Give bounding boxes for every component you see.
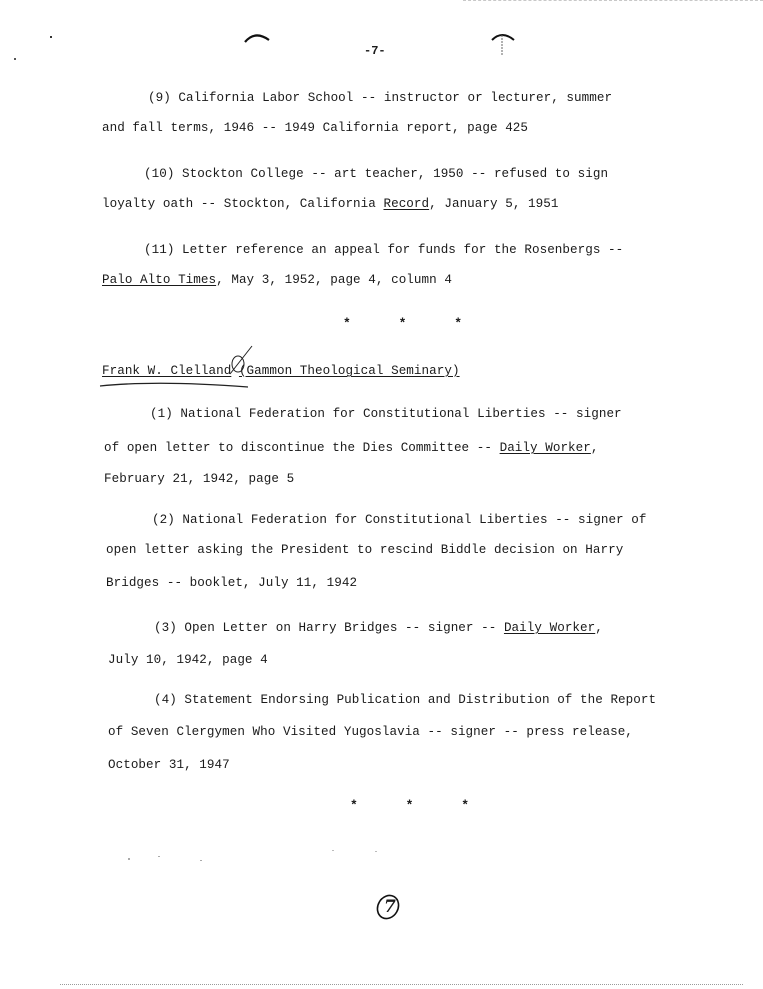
item-10-line2: loyalty oath -- Stockton, California Rec… xyxy=(102,197,558,211)
handwritten-number: 7 xyxy=(384,897,396,917)
person-heading: Frank W. Clelland (Gammon Theological Se… xyxy=(102,364,460,378)
speck xyxy=(332,850,334,851)
item-1-line3: February 21, 1942, page 5 xyxy=(104,472,294,486)
speck xyxy=(128,858,130,860)
speck xyxy=(50,36,52,38)
item-3-line2: July 10, 1942, page 4 xyxy=(108,653,268,667)
item-1-line1: (1) National Federation for Constitution… xyxy=(150,407,622,421)
item-3-line1: (3) Open Letter on Harry Bridges -- sign… xyxy=(154,621,603,635)
item-2-line2: open letter asking the President to resc… xyxy=(106,543,623,557)
scan-bottom-noise xyxy=(60,984,743,985)
item-10-line1: (10) Stockton College -- art teacher, 19… xyxy=(144,167,608,181)
text: (3) Open Letter on Harry Bridges -- sign… xyxy=(154,621,504,635)
publication-title: Daily Worker xyxy=(500,441,591,455)
item-1-line2: of open letter to discontinue the Dies C… xyxy=(104,441,599,455)
item-2-line1: (2) National Federation for Constitution… xyxy=(152,513,647,527)
speck xyxy=(375,851,377,852)
item-11-line1: (11) Letter reference an appeal for fund… xyxy=(144,243,623,257)
speck xyxy=(14,58,16,60)
page-number: -7- xyxy=(364,44,386,58)
handwritten-page-mark: 7 xyxy=(376,895,402,919)
speck xyxy=(200,860,202,861)
person-name: Frank W. Clelland xyxy=(102,364,231,378)
binder-mark-right-icon xyxy=(490,30,516,58)
text: , xyxy=(591,441,599,455)
text: , xyxy=(595,621,603,635)
item-11-line2: Palo Alto Times, May 3, 1952, page 4, co… xyxy=(102,273,452,287)
publication-title: Palo Alto Times xyxy=(102,273,216,287)
publication-title: Daily Worker xyxy=(504,621,595,635)
hand-underline-mark xyxy=(98,378,258,390)
text: of open letter to discontinue the Dies C… xyxy=(104,441,500,455)
item-4-line2: of Seven Clergymen Who Visited Yugoslavi… xyxy=(108,725,633,739)
item-9-line1: (9) California Labor School -- instructo… xyxy=(148,91,612,105)
publication-title: Record xyxy=(383,197,429,211)
binder-mark-left-icon xyxy=(243,30,271,44)
text: , May 3, 1952, page 4, column 4 xyxy=(216,273,452,287)
item-9-line2: and fall terms, 1946 -- 1949 California … xyxy=(102,121,528,135)
scan-edge-line xyxy=(463,0,763,1)
person-affiliation: (Gammon Theological Seminary) xyxy=(239,364,460,378)
section-separator-2: * * * xyxy=(350,798,489,813)
item-4-line3: October 31, 1947 xyxy=(108,758,230,772)
speck xyxy=(158,856,160,857)
check-slash-mark-icon xyxy=(226,344,256,376)
section-separator: * * * xyxy=(343,316,482,331)
item-2-line3: Bridges -- booklet, July 11, 1942 xyxy=(106,576,357,590)
text: , January 5, 1951 xyxy=(429,197,558,211)
item-4-line1: (4) Statement Endorsing Publication and … xyxy=(154,693,656,707)
text: loyalty oath -- Stockton, California xyxy=(102,197,383,211)
